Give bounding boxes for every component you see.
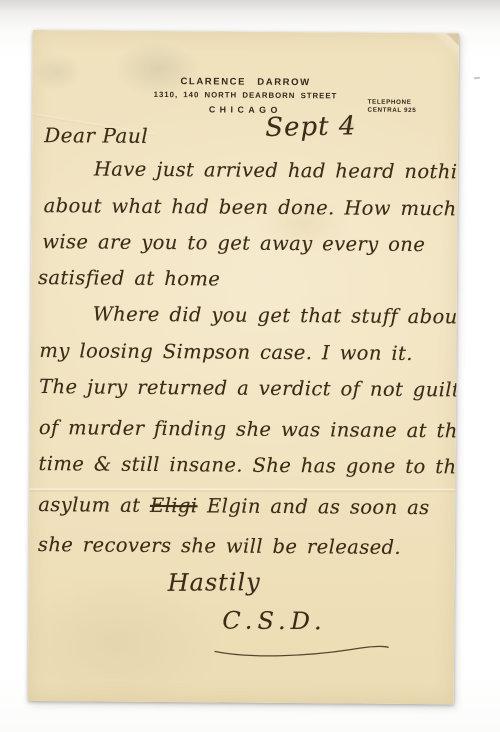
- fold-crease: [29, 488, 455, 492]
- body-line: of murder finding she was insane at the: [39, 416, 459, 442]
- body-line: time & still insane. She has gone to the: [39, 452, 459, 478]
- letterhead-telephone: TELEPHONE CENTRAL 925: [368, 99, 417, 114]
- body-line: The jury returned a verdict of not guilt…: [39, 375, 459, 401]
- elgin-text-after: Elgin and as soon as: [197, 494, 429, 519]
- body-line: Where did you get that stuff about: [93, 302, 459, 328]
- body-line: wise are you to get away every one: [42, 230, 425, 256]
- letterhead: CLARENCE DARROW 1310, 140 NORTH DEARBORN…: [33, 30, 459, 33]
- letter-paper: CLARENCE DARROW 1310, 140 NORTH DEARBORN…: [28, 30, 459, 704]
- body-line: she recovers she will be released.: [38, 533, 401, 559]
- closing: Hastily: [168, 568, 261, 597]
- scan-background: CLARENCE DARROW 1310, 140 NORTH DEARBORN…: [0, 0, 500, 732]
- elgin-struck-word: Eligi: [150, 494, 198, 517]
- letterhead-name: CLARENCE DARROW: [33, 75, 459, 89]
- dust-speck: [474, 77, 480, 80]
- letter-date: Sept 4: [265, 111, 357, 143]
- corner-fold: [417, 33, 459, 75]
- body-line-elgin: asylum at Eligi Elgin and as soon as: [38, 493, 430, 519]
- signature-initials: C.S.D.: [222, 607, 327, 636]
- telephone-label: TELEPHONE: [368, 99, 417, 107]
- telephone-number: CENTRAL 925: [368, 106, 417, 114]
- salutation: Dear Paul: [44, 123, 148, 148]
- body-line: Have just arrived had heard nothing: [94, 157, 459, 183]
- signature-flourish: [213, 638, 391, 661]
- body-line: my loosing Simpson case. I won it.: [39, 339, 413, 365]
- body-line: satisfied at home: [38, 266, 220, 290]
- elgin-text-before: asylum at: [38, 493, 150, 517]
- body-line: about what had been done. How much: [44, 194, 457, 220]
